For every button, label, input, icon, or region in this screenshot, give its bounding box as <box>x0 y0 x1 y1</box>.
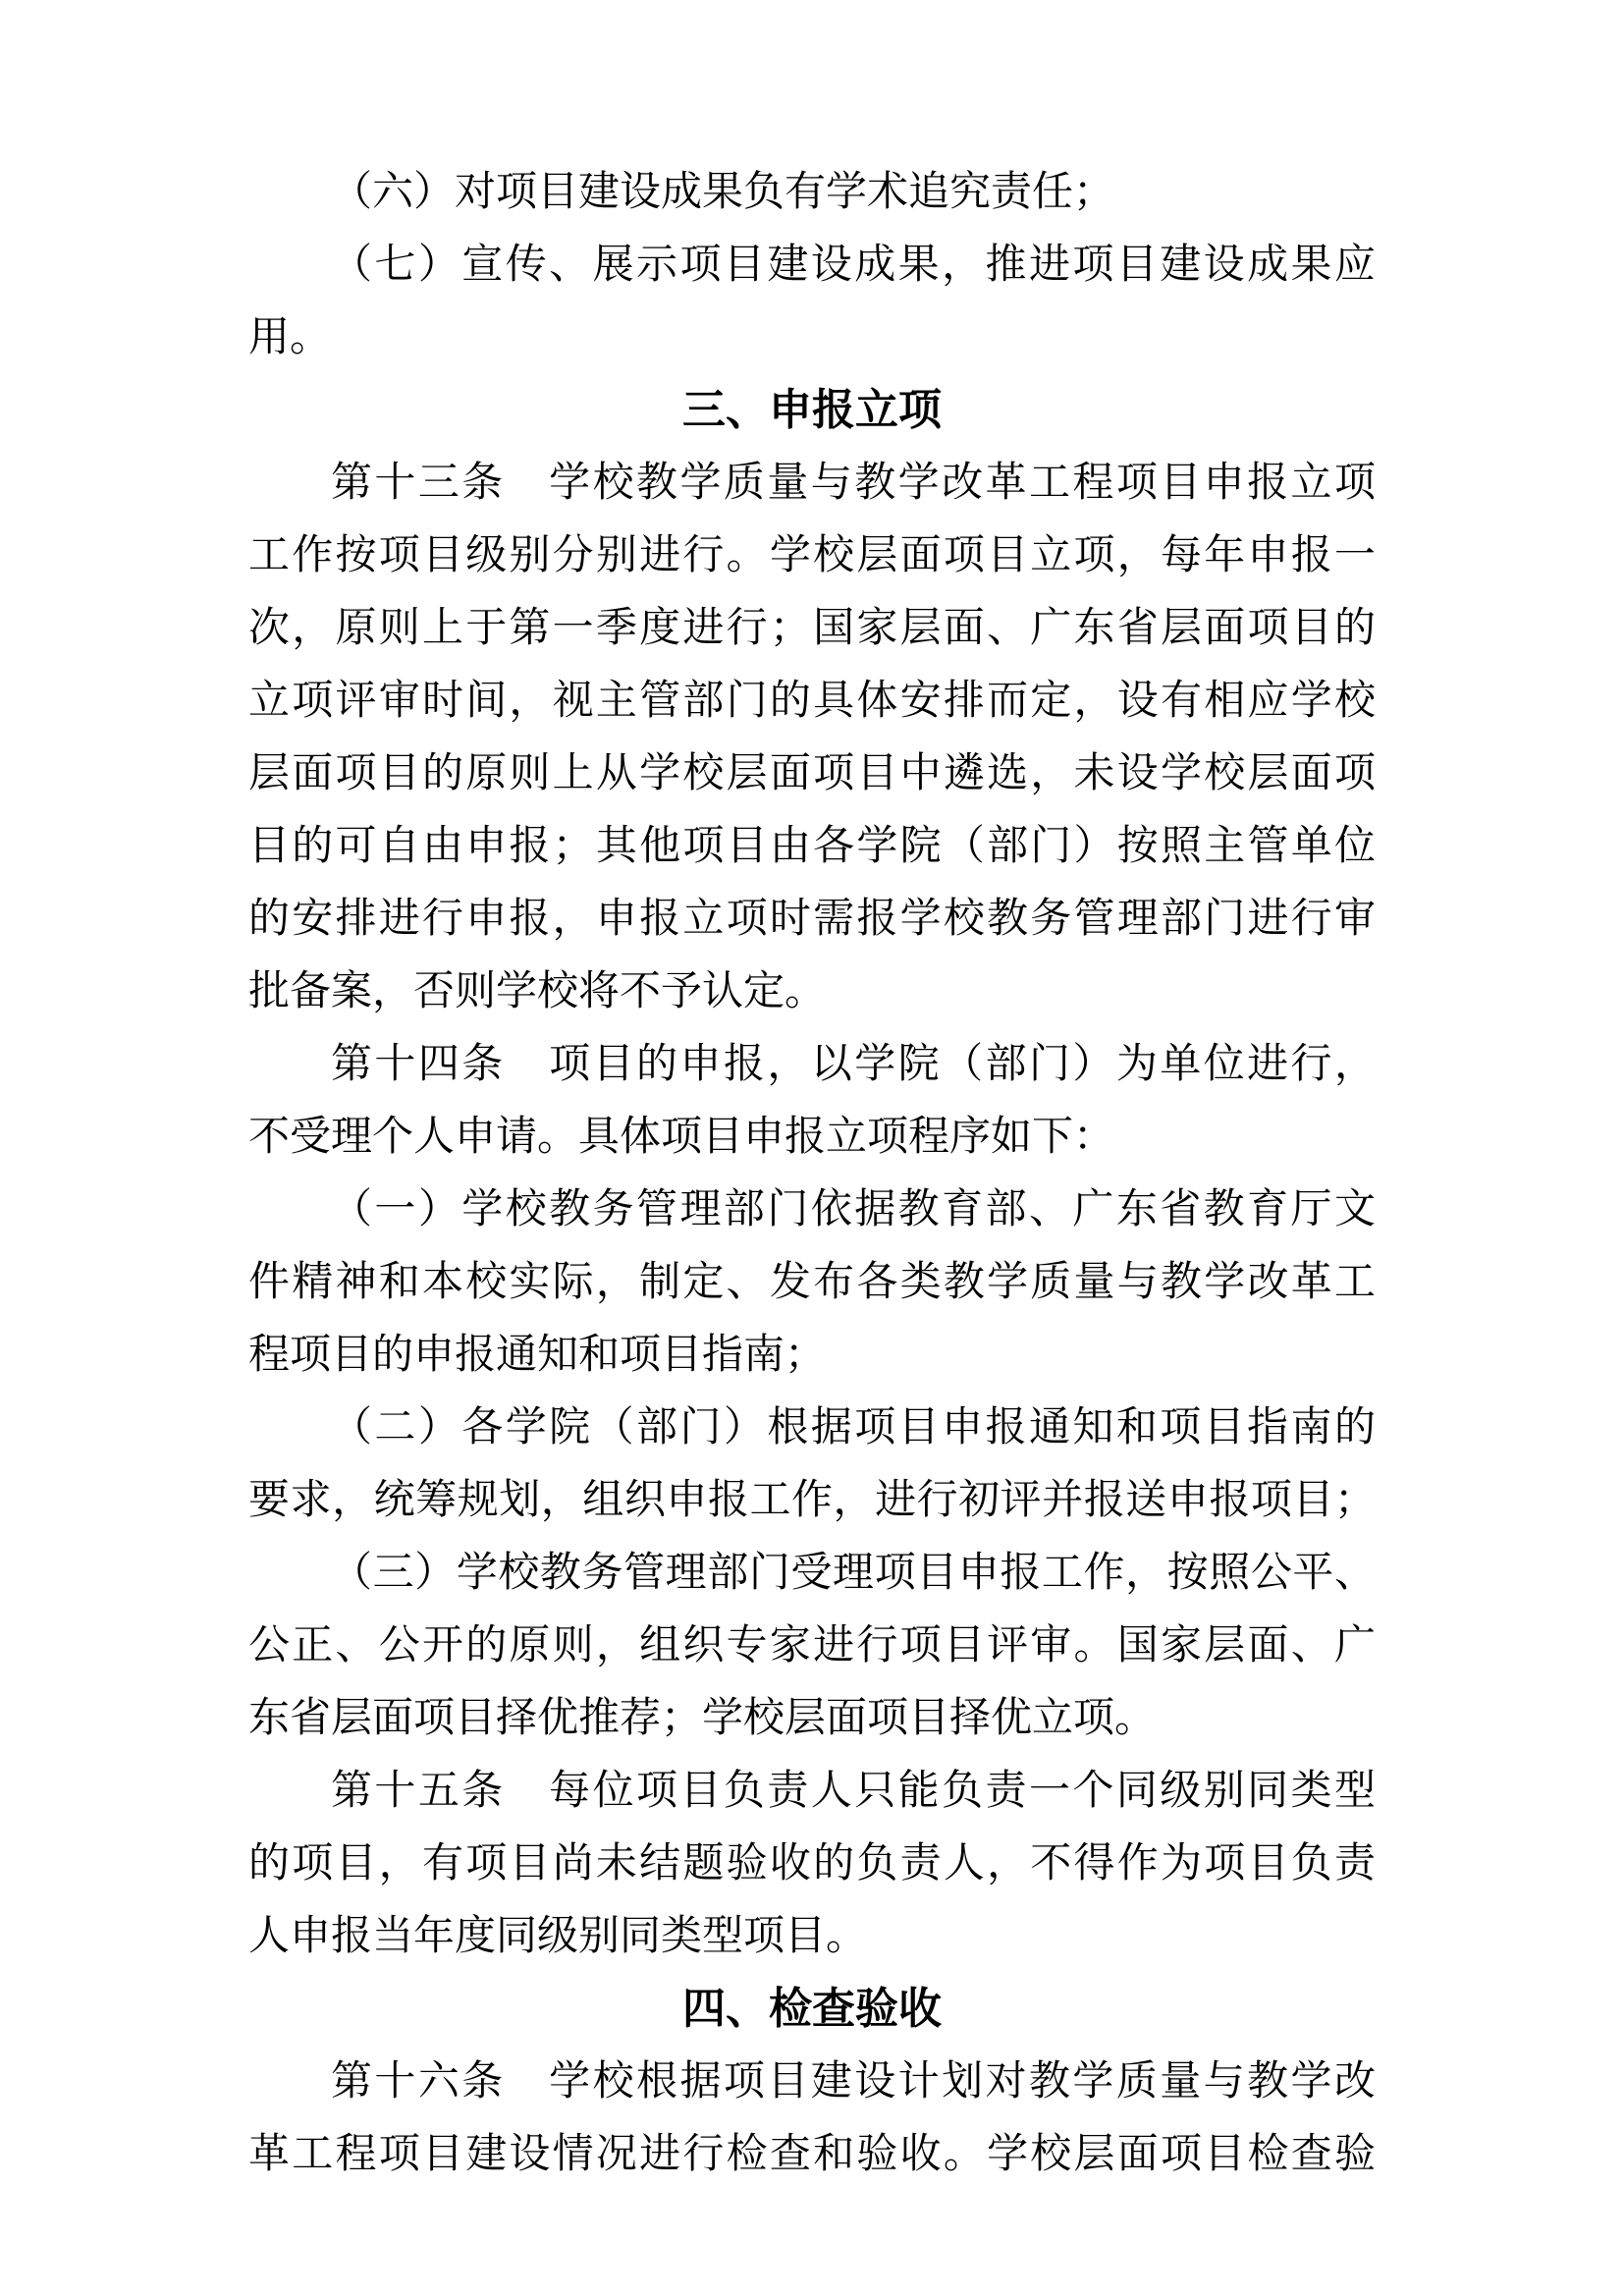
text-line: 公正、公开的原则，组织专家进行项目评审。国家层面、广 <box>248 1610 1376 1682</box>
text-line: 立项评审时间，视主管部门的具体安排而定，设有相应学校 <box>248 665 1376 738</box>
section-heading: 四、检查验收 <box>248 1973 1376 2046</box>
section-heading: 三、申报立项 <box>248 374 1376 447</box>
text-line: 第十三条 学校教学质量与教学改革工程项目申报立项 <box>248 447 1376 519</box>
text-line: 不受理个人申请。具体项目申报立项程序如下： <box>248 1101 1376 1174</box>
document-page: （六）对项目建设成果负有学术追究责任； （七）宣传、展示项目建设成果，推进项目建… <box>0 0 1623 2296</box>
document-text-block: （六）对项目建设成果负有学术追究责任； （七）宣传、展示项目建设成果，推进项目建… <box>248 156 1376 2191</box>
text-line: （七）宣传、展示项目建设成果，推进项目建设成果应 <box>248 229 1376 301</box>
text-line: 批备案，否则学校将不予认定。 <box>248 956 1376 1028</box>
text-line: （三）学校教务管理部门受理项目申报工作，按照公平、 <box>248 1537 1376 1610</box>
text-line: 件精神和本校实际，制定、发布各类教学质量与教学改革工 <box>248 1246 1376 1319</box>
text-line: 用。 <box>248 301 1376 374</box>
text-line: （二）各学院（部门）根据项目申报通知和项目指南的 <box>248 1392 1376 1464</box>
text-line: 次，原则上于第一季度进行；国家层面、广东省层面项目的 <box>248 592 1376 665</box>
text-line: 的项目，有项目尚未结题验收的负责人，不得作为项目负责 <box>248 1828 1376 1900</box>
text-line: 革工程项目建设情况进行检查和验收。学校层面项目检查验 <box>248 2118 1376 2191</box>
text-line: 目的可自由申报；其他项目由各学院（部门）按照主管单位 <box>248 810 1376 883</box>
text-line: 人申报当年度同级别同类型项目。 <box>248 1900 1376 1973</box>
text-line: （六）对项目建设成果负有学术追究责任； <box>248 156 1376 229</box>
text-line: 工作按项目级别分别进行。学校层面项目立项，每年申报一 <box>248 519 1376 592</box>
text-line: （一）学校教务管理部门依据教育部、广东省教育厅文 <box>248 1174 1376 1246</box>
text-line: 第十四条 项目的申报，以学院（部门）为单位进行， <box>248 1028 1376 1101</box>
text-line: 层面项目的原则上从学校层面项目中遴选，未设学校层面项 <box>248 738 1376 810</box>
text-line: 程项目的申报通知和项目指南； <box>248 1319 1376 1392</box>
text-line: 东省层面项目择优推荐；学校层面项目择优立项。 <box>248 1682 1376 1755</box>
text-line: 要求，统筹规划，组织申报工作，进行初评并报送申报项目； <box>248 1464 1376 1537</box>
text-line: 第十五条 每位项目负责人只能负责一个同级别同类型 <box>248 1755 1376 1828</box>
text-line: 第十六条 学校根据项目建设计划对教学质量与教学改 <box>248 2046 1376 2118</box>
text-line: 的安排进行申报，申报立项时需报学校教务管理部门进行审 <box>248 883 1376 956</box>
